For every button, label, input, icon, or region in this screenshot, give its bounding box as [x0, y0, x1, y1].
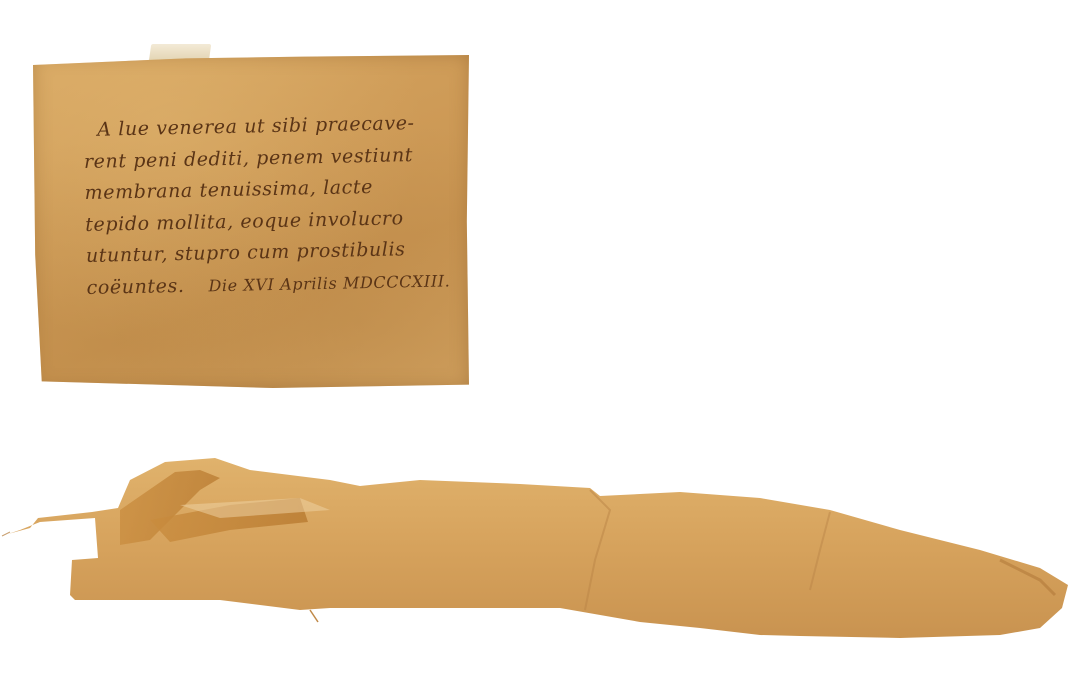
membrane-sheath-artifact: [0, 450, 1080, 650]
note-handwriting: A lue venerea ut sibi praecave- rent pen…: [83, 107, 467, 304]
handwritten-note: A lue venerea ut sibi praecave- rent pen…: [33, 55, 469, 388]
note-date: Die XVI Aprilis MDCCCXIII.: [208, 271, 450, 295]
sheath-shape: [0, 450, 1080, 650]
photograph: A lue venerea ut sibi praecave- rent pen…: [0, 0, 1080, 688]
note-last-word: coëuntes.: [86, 274, 184, 298]
